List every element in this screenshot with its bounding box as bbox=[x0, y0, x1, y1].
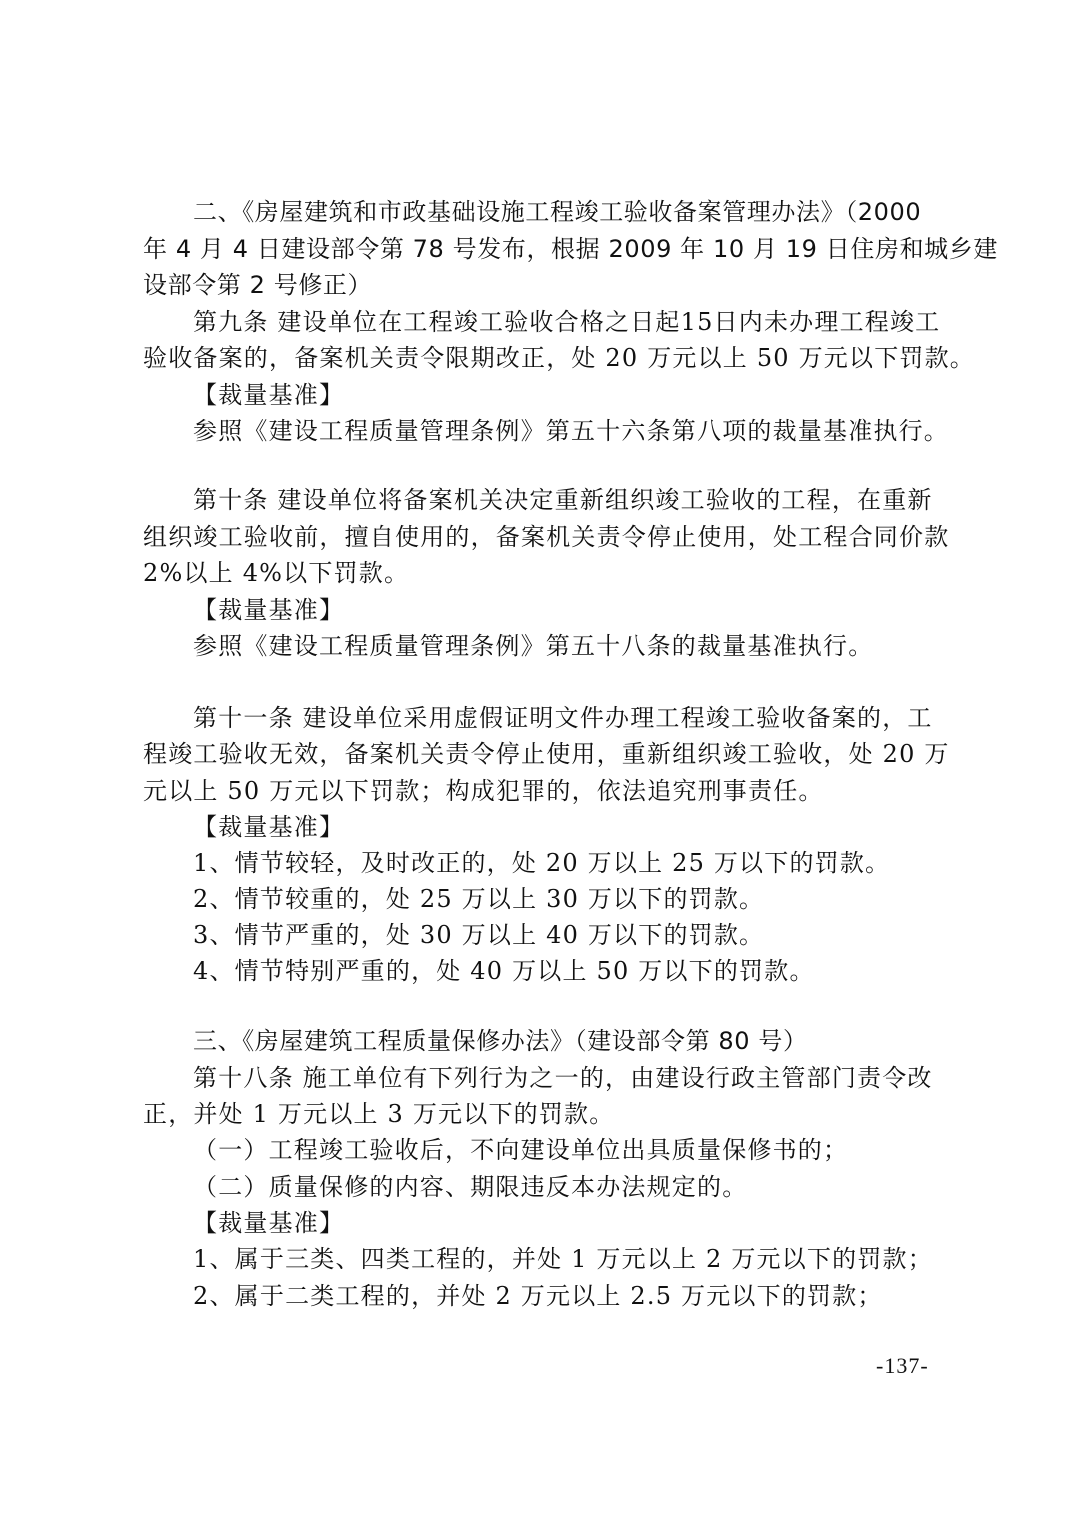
section-heading-2-cont: 年 4 月 4 日建设部令第 78 号发布，根据 2009 年 10 月 19 … bbox=[143, 234, 998, 264]
section-heading-2-cont: 设部令第 2 号修正） bbox=[143, 270, 372, 300]
article-18-text-cont: 正，并处 1 万元以上 3 万元以下的罚款。 bbox=[143, 1099, 614, 1129]
article-11-text: 第十一条 建设单位采用虚假证明文件办理工程竣工验收备案的，工 bbox=[193, 703, 933, 733]
criteria-label: 【裁量基准】 bbox=[193, 595, 344, 625]
article-18-text: 第十八条 施工单位有下列行为之一的，由建设行政主管部门责令改 bbox=[193, 1063, 933, 1093]
section-heading-2: 二、《房屋建筑和市政基础设施工程竣工验收备案管理办法》（2000 bbox=[193, 197, 921, 227]
criteria-text: 参照《建设工程质量管理条例》第五十八条的裁量基准执行。 bbox=[193, 631, 873, 661]
document-page: 二、《房屋建筑和市政基础设施工程竣工验收备案管理办法》（2000 年 4 月 4… bbox=[0, 0, 1075, 1520]
article-item: （二）质量保修的内容、期限违反本办法规定的。 bbox=[193, 1172, 747, 1202]
article-item: （一）工程竣工验收后，不向建设单位出具质量保修书的； bbox=[193, 1135, 848, 1165]
article-10-text: 第十条 建设单位将备案机关决定重新组织竣工验收的工程，在重新 bbox=[193, 485, 933, 515]
article-10-text-cont: 组织竣工验收前，擅自使用的，备案机关责令停止使用，处工程合同价款 bbox=[143, 522, 949, 552]
article-11-text-cont: 程竣工验收无效，备案机关责令停止使用，重新组织竣工验收，处 20 万 bbox=[143, 739, 950, 769]
criteria-item: 1、情节较轻，及时改正的，处 20 万以上 25 万以下的罚款。 bbox=[193, 848, 890, 878]
criteria-item: 2、属于二类工程的，并处 2 万元以上 2.5 万元以下的罚款； bbox=[193, 1281, 883, 1311]
criteria-item: 1、属于三类、四类工程的，并处 1 万元以上 2 万元以下的罚款； bbox=[193, 1244, 933, 1274]
article-9-text: 第九条 建设单位在工程竣工验收合格之日起15日内未办理工程竣工 bbox=[193, 307, 940, 337]
section-heading-3: 三、《房屋建筑工程质量保修办法》（建设部令第 80 号） bbox=[193, 1026, 808, 1056]
article-11-text-cont: 元以上 50 万元以下罚款；构成犯罪的，依法追究刑事责任。 bbox=[143, 776, 824, 806]
criteria-item: 4、情节特别严重的，处 40 万以上 50 万以下的罚款。 bbox=[193, 956, 815, 986]
criteria-item: 3、情节严重的，处 30 万以上 40 万以下的罚款。 bbox=[193, 920, 764, 950]
criteria-label: 【裁量基准】 bbox=[193, 812, 344, 842]
page-number: -137- bbox=[876, 1353, 929, 1379]
criteria-label: 【裁量基准】 bbox=[193, 1208, 344, 1238]
criteria-text: 参照《建设工程质量管理条例》第五十六条第八项的裁量基准执行。 bbox=[193, 416, 949, 446]
article-9-text-cont: 验收备案的，备案机关责令限期改正，处 20 万元以上 50 万元以下罚款。 bbox=[143, 343, 975, 373]
criteria-item: 2、情节较重的，处 25 万以上 30 万以下的罚款。 bbox=[193, 884, 764, 914]
article-10-text-cont: 2%以上 4%以下罚款。 bbox=[143, 558, 409, 588]
criteria-label: 【裁量基准】 bbox=[193, 380, 344, 410]
